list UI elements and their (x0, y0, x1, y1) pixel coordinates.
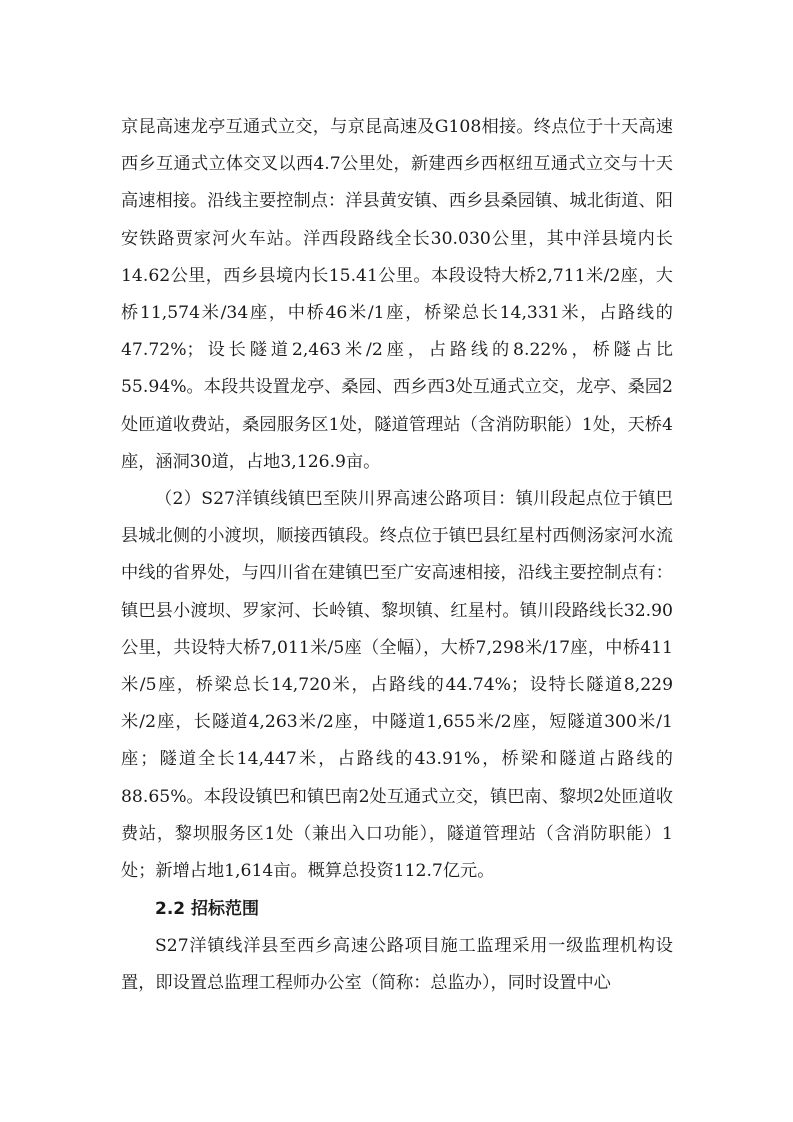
document-page: 京昆高速龙亭互通式立交，与京昆高速及G108相接。终点位于十天高速西乡互通式立体… (121, 109, 673, 1003)
paragraph-yangxi-segment: 京昆高速龙亭互通式立交，与京昆高速及G108相接。终点位于十天高速西乡互通式立体… (121, 109, 673, 481)
paragraph-zhenchuan-segment: （2）S27洋镇线镇巴至陕川界高速公路项目：镇川段起点位于镇巴县城北侧的小渡坝，… (121, 481, 673, 890)
paragraph-bidding-scope: S27洋镇线洋县至西乡高速公路项目施工监理采用一级监理机构设置，即设置总监理工程… (121, 928, 673, 1002)
section-heading-bidding-scope: 2.2 招标范围 (121, 890, 673, 928)
